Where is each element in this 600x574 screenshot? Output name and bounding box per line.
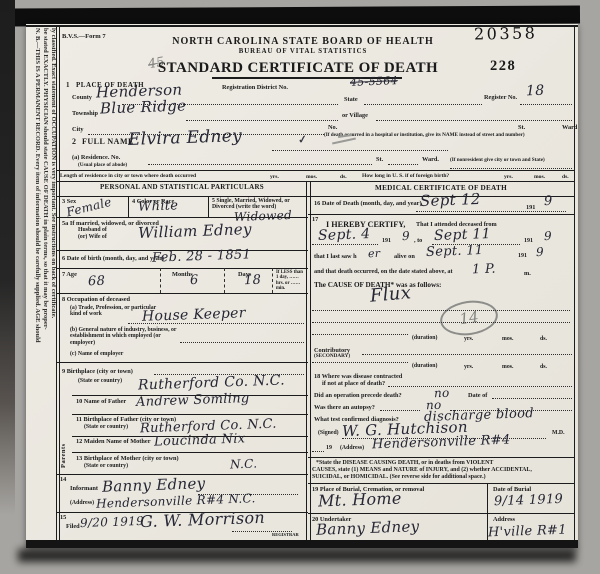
city-label: City (72, 126, 84, 133)
age-years-value: 68 (88, 275, 106, 289)
spouse-husband-label: Husband of (78, 227, 107, 233)
disease-contracted-label: 18 Where was disease contracted (314, 373, 402, 380)
date-of-death-value: Sept 12 (420, 192, 481, 209)
foreign-birth-label: How long in U. S. if of foreign birth? (362, 173, 449, 179)
age-label: 7 Age (62, 271, 77, 278)
register-no-label: Register No. (484, 94, 517, 101)
county-label: County (72, 94, 92, 101)
age-months-value: 6 (190, 274, 199, 287)
form-left-rule-outer (56, 26, 57, 540)
if-less-label: If LESS than 1 day, …… hrs. or …… min. (276, 270, 306, 291)
occupation-label: 8 Occupation of deceased (62, 296, 130, 303)
occupation-a-value: House Keeper (142, 306, 246, 324)
ds-label: ds. (540, 364, 547, 370)
rule (56, 217, 308, 218)
attended-from-value: Sept. 4 (318, 227, 371, 243)
cell-divider (224, 268, 225, 293)
footnote-line-3: SUICIDAL, or HOMICIDAL. (See reverse sid… (312, 474, 486, 481)
form-bottom-border (26, 540, 578, 548)
date-of-death-label: 16 Date of Death (month, day, and year) (314, 200, 422, 207)
margin-instruction-line-1: N. B.—THIS IS A PERMANENT RECORD. Every … (34, 28, 41, 343)
physician-address-value: Hendersonville R#4 (372, 434, 511, 452)
rule (308, 513, 574, 514)
board-title: NORTH CAROLINA STATE BOARD OF HEALTH (138, 36, 468, 47)
dotted-leader (362, 354, 572, 355)
registration-district-label: Registration District No. (222, 84, 288, 91)
section17-number: 17 (312, 216, 318, 223)
father-name-value: Andrew Somling (136, 392, 250, 409)
printed-year-prefix: 191 (382, 238, 391, 245)
dotted-leader (380, 410, 420, 411)
date-of-death-year-digit: 9 (544, 195, 553, 208)
dotted-leader (312, 244, 378, 245)
registration-district-value: 45-5564 (350, 75, 398, 88)
dotted-leader (180, 342, 304, 343)
parents-side-label: Parents (60, 443, 67, 468)
signature-year-label: 19 (326, 445, 332, 452)
dotted-leader (492, 398, 572, 399)
operation-question-label: Did an operation precede death? (314, 392, 402, 399)
attended-to-value: Sept 11 (434, 227, 491, 243)
rule (72, 452, 308, 453)
form-reference: B.V.S.—Form 7 (62, 33, 106, 40)
death-occurred-label: and that death occurred, on the date sta… (314, 269, 453, 276)
footnote-line-1: *State the DISEASE CAUSING DEATH, or in … (316, 460, 493, 467)
mos-label: mos. (534, 174, 545, 180)
certificate-title: STANDARD CERTIFICATE OF DEATH (108, 60, 488, 77)
disease-contracted-label-2: if not at place of death? (322, 380, 385, 387)
burial-date-value: 9/14 1919 (494, 493, 564, 508)
yrs-label: yrs. (270, 174, 279, 180)
dotted-leader (520, 104, 572, 105)
scan-left-strip (0, 0, 15, 560)
dotted-leader (416, 211, 566, 212)
mother-birthplace-label: 13 Birthplace of Mother (city or town) (76, 455, 179, 462)
ds-label: ds. (340, 174, 347, 180)
rule (56, 196, 574, 197)
certificate-paper: N. B.—THIS IS A PERMANENT RECORD. Every … (26, 24, 578, 548)
attended-to-year-digit: 9 (544, 230, 552, 242)
form-right-rule (574, 26, 575, 540)
dotted-leader (148, 164, 372, 165)
death-certificate-scan: N. B.—THIS IS A PERMANENT RECORD. Every … (0, 0, 600, 574)
serial-number-stamp: 20358 (474, 23, 538, 43)
duration-label: (duration) (412, 363, 437, 369)
dotted-leader (312, 322, 570, 323)
rule (308, 457, 574, 458)
fullname-label: FULL NAME (82, 138, 134, 147)
dotted-leader (312, 334, 408, 335)
registrar-signature: G. W. Morrison (140, 510, 265, 530)
certificate-number: 228 (490, 58, 516, 74)
signature-address-label: (Address) (340, 445, 364, 451)
printed-year-prefix: 191 (524, 238, 533, 245)
nonresident-note: (If nonresident give city or town and St… (450, 158, 545, 164)
abode-note: (Usual place of abode) (78, 163, 127, 169)
cell-divider (272, 268, 273, 293)
bureau-subtitle: BUREAU OF VITAL STATISTICS (138, 48, 468, 56)
personal-column-header: PERSONAL AND STATISTICAL PARTICULARS (56, 184, 308, 192)
undertaker-value: Banny Edney (316, 519, 420, 538)
occupation-b-label: (b) General nature of industry, business… (70, 327, 178, 346)
village-label: or Village (342, 112, 368, 119)
dotted-leader (364, 104, 482, 105)
age-days-value: 18 (244, 274, 262, 288)
yrs-label: yrs. (464, 364, 473, 370)
dotted-leader (450, 168, 572, 169)
ward-label: Ward (562, 124, 577, 131)
ds-label: ds. (562, 174, 569, 180)
yrs-label: yrs. (504, 174, 513, 180)
dotted-leader (186, 120, 338, 121)
section1-number: 1 (66, 82, 70, 90)
dob-label: 6 Date of birth (month, day, and year) (62, 255, 164, 262)
last-saw-written: er (368, 248, 381, 259)
undertaker-address-value: H'ville R#1 (488, 524, 567, 540)
rule (72, 414, 308, 415)
race-value: White (138, 199, 179, 213)
rule (56, 170, 574, 171)
registrar-label: REGISTRAR (272, 532, 299, 537)
last-saw-label: that I last saw h (314, 253, 357, 260)
spouse-wife-label: (or) Wife of (78, 234, 107, 240)
last-saw-year-digit: 9 (536, 246, 544, 258)
state-or-country-note: (State or country) (84, 424, 128, 430)
attended-from-year-digit: 9 (402, 230, 410, 242)
cause-of-death-value: Flux (369, 284, 412, 306)
filed-label: Filed (66, 523, 80, 530)
mother-name-value: Loucinda Nix (154, 432, 246, 448)
pencil-code-value: 14 (459, 309, 480, 327)
dotted-leader (272, 150, 448, 151)
cell-divider (208, 196, 209, 217)
dotted-leader (312, 310, 570, 311)
residence-st-label: St. (376, 156, 383, 163)
m-label: m. (524, 270, 531, 277)
dotted-leader (388, 386, 572, 387)
dotted-leader (388, 164, 418, 165)
md-label: M.D. (552, 430, 565, 436)
filed-date-value: 9/20 1919 (80, 515, 144, 529)
signed-label: (Signed) (318, 430, 339, 436)
state-label: State (344, 96, 358, 103)
filed-number: 15 (60, 514, 66, 521)
dotted-leader (128, 323, 304, 324)
footnote-line-2: CAUSES, state (1) MEANS and NATURE of IN… (312, 467, 532, 474)
state-or-country-note: (State or country) (84, 463, 128, 469)
state-or-country-note: (State or country) (78, 378, 122, 384)
township-value: Blue Ridge (100, 98, 187, 116)
informant-address-label: (Address) (70, 500, 94, 506)
st-label: St. (518, 124, 525, 131)
fullname-value: Elvira Edney (128, 128, 243, 149)
rule (56, 181, 574, 182)
length-of-residence-label: Length of residence in city or town wher… (60, 173, 196, 179)
mother-birthplace-value: N.C. (230, 458, 258, 471)
mos-label: mos. (502, 364, 513, 370)
center-column-divider (306, 181, 311, 540)
rule (56, 268, 308, 269)
printed-year-prefix: 191 (526, 204, 535, 211)
mos-label: mos. (502, 336, 513, 342)
birthplace-label: 9 Birthplace (city or town) (62, 368, 133, 375)
rule (308, 483, 574, 484)
dotted-leader (312, 362, 408, 363)
rule (56, 362, 308, 363)
residence-label: (a) Residence. No. (72, 154, 120, 161)
spouse-value: William Edney (138, 222, 252, 241)
register-no-value: 18 (526, 84, 545, 99)
mos-label: mos. (306, 174, 317, 180)
autopsy-question-label: Was there an autopsy? (314, 404, 375, 411)
residence-ward-label: Ward. (422, 156, 439, 163)
mother-name-label: 12 Maiden Name of Mother (76, 438, 151, 445)
dob-value: Feb. 28 - 1851 (152, 248, 251, 264)
printed-year-prefix: 191 (518, 253, 527, 260)
pencil-circled-code: 14 (438, 297, 500, 339)
alive-on-label: alive on (394, 253, 415, 260)
date-of-label: Date of (468, 392, 487, 399)
last-saw-date-value: Sept. 11 (426, 244, 484, 259)
dotted-leader (312, 451, 324, 452)
birthplace-value: Rutherford Co. N.C. (138, 373, 285, 392)
dotted-leader (376, 120, 572, 121)
cell-divider (160, 268, 161, 293)
burial-place-value: Mt. Home (318, 491, 402, 510)
rule (308, 214, 574, 215)
informant-label: Informant (70, 485, 98, 492)
duration-label: (duration) (412, 335, 437, 341)
cell-divider (128, 196, 129, 217)
street-no-label: No. (328, 124, 337, 131)
scan-bottom-shadow (18, 549, 576, 562)
fullname-number: 2 (72, 138, 76, 147)
rule (56, 293, 308, 294)
ds-label: ds. (540, 336, 547, 342)
informant-number: 14 (60, 476, 66, 483)
undertaker-address-label: Address (493, 516, 515, 523)
margin-instruction-line-2: be stated EXACTLY. PHYSICIAN should stat… (42, 28, 49, 330)
township-label: Township (72, 110, 98, 117)
secondary-label: (SECONDARY) (314, 354, 350, 360)
father-name-label: 10 Name of Father (76, 398, 126, 405)
burial-date-label: Date of Burial (493, 486, 531, 493)
occupation-c-label: (c) Name of employer (70, 351, 123, 357)
yrs-label: yrs. (464, 336, 473, 342)
to-label: , to (414, 238, 422, 245)
pencil-check-icon: ✓ (297, 133, 308, 146)
death-time-value: 1 P. (472, 263, 496, 277)
informant-value: Banny Edney (102, 476, 206, 495)
